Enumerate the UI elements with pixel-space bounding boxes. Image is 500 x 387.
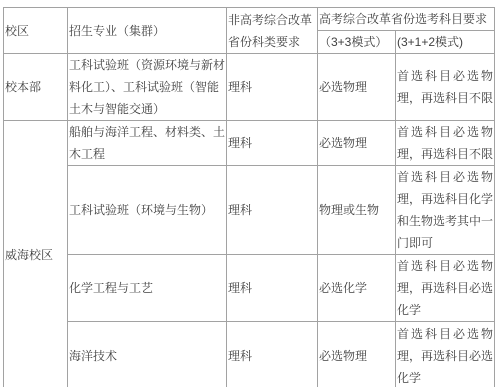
col-header-non-reform: 非高考综合改革省份科类要求: [227, 8, 318, 54]
mode33-requirement-cell: 必选物理: [318, 322, 396, 387]
subject-type-cell: 理科: [227, 322, 318, 387]
col-header-reform: 高考综合改革省份选考科目要求: [318, 8, 495, 31]
header-row-1: 校区 招生专业（集群） 非高考综合改革省份科类要求 高考综合改革省份选考科目要求: [4, 8, 495, 31]
col-header-campus: 校区: [4, 8, 68, 54]
major-cell: 工科试验班（环境与生物）: [68, 166, 227, 255]
table-row: 威海校区 船舶与海洋工程、材料类、土木工程 理科 必选物理 首选科目必选物理，再…: [4, 121, 495, 166]
admission-requirements-table: 校区 招生专业（集群） 非高考综合改革省份科类要求 高考综合改革省份选考科目要求…: [3, 7, 495, 387]
campus-cell: 威海校区: [4, 121, 68, 387]
campus-cell: 校本部: [4, 54, 68, 121]
mode33-requirement-cell: 物理或生物: [318, 166, 396, 255]
subject-type-cell: 理科: [227, 121, 318, 166]
table-row: 海洋技术 理科 必选物理 首选科目必选物理，再选科目必选化学: [4, 322, 495, 387]
table-row: 校本部 工科试验班（资源环境与新材料化工）、工科试验班（智能土木与智能交通） 理…: [4, 54, 495, 121]
mode312-requirement-cell: 首选科目必选物理，再选科目不限: [396, 121, 495, 166]
major-cell: 船舶与海洋工程、材料类、土木工程: [68, 121, 227, 166]
table-row: 化学工程与工艺 理科 必选化学 首选科目必选物理，再选科目必选化学: [4, 255, 495, 322]
major-cell: 工科试验班（资源环境与新材料化工）、工科试验班（智能土木与智能交通）: [68, 54, 227, 121]
col-header-major: 招生专业（集群）: [68, 8, 227, 54]
mode33-requirement-cell: 必选物理: [318, 121, 396, 166]
subject-type-cell: 理科: [227, 54, 318, 121]
col-header-mode-33: （3+3模式）: [318, 31, 396, 54]
mode33-requirement-cell: 必选物理: [318, 54, 396, 121]
mode312-requirement-cell: 首选科目必选物理，再选科目化学和生物选考其中一门即可: [396, 166, 495, 255]
mode312-requirement-cell: 首选科目必选物理，再选科目不限: [396, 54, 495, 121]
table-row: 工科试验班（环境与生物） 理科 物理或生物 首选科目必选物理，再选科目化学和生物…: [4, 166, 495, 255]
major-cell: 化学工程与工艺: [68, 255, 227, 322]
col-header-mode-312: (3+1+2模式): [396, 31, 495, 54]
mode33-requirement-cell: 必选化学: [318, 255, 396, 322]
major-cell: 海洋技术: [68, 322, 227, 387]
subject-type-cell: 理科: [227, 166, 318, 255]
subject-type-cell: 理科: [227, 255, 318, 322]
mode312-requirement-cell: 首选科目必选物理，再选科目必选化学: [396, 255, 495, 322]
mode312-requirement-cell: 首选科目必选物理，再选科目必选化学: [396, 322, 495, 387]
